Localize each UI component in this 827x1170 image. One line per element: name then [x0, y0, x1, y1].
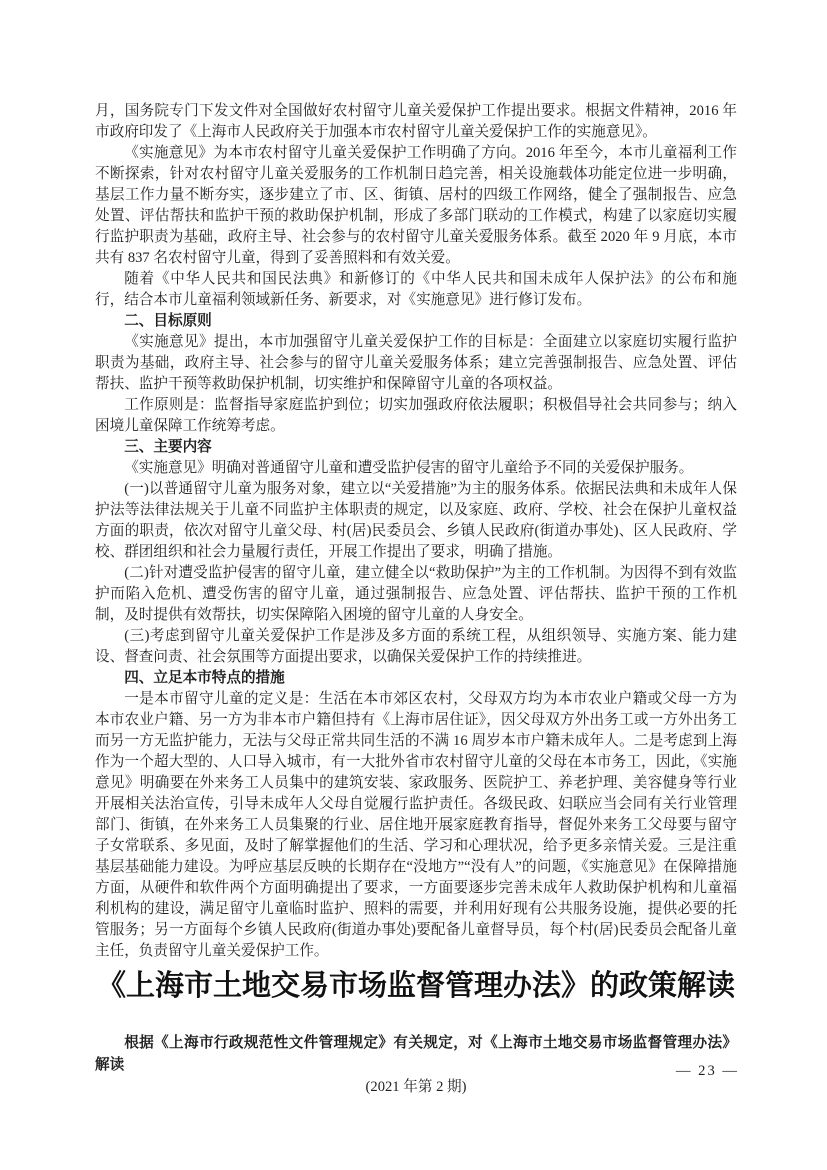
article-body: 月，国务院专门下发文件对全国做好农村留守儿童关爱保护工作提出要求。根据文件精神，…	[95, 101, 737, 962]
body-paragraph: (一)以普通留守儿童为服务对象，建立以“关爱措施”为主的服务体系。依据民法典和未…	[95, 479, 737, 563]
next-article-intro: 根据《上海市行政规范性文件管理规定》有关规定，对《上海市土地交易市场监督管理办法…	[95, 1032, 737, 1076]
document-page: 月，国务院专门下发文件对全国做好农村留守儿童关爱保护工作提出要求。根据文件精神，…	[0, 0, 827, 1170]
next-article-title: 《上海市土地交易市场监督管理办法》的政策解读	[95, 966, 737, 1006]
section-heading: 三、主要内容	[95, 437, 737, 458]
body-paragraph: 随着《中华人民共和国民法典》和新修订的《中华人民共和国未成年人保护法》的公布和施…	[95, 269, 737, 311]
page-number: — 23 —	[676, 1060, 739, 1082]
body-paragraph: 一是本市留守儿童的定义是：生活在本市郊区农村，父母双方均为本市农业户籍或父母一方…	[95, 689, 737, 962]
body-paragraph: (二)针对遭受监护侵害的留守儿童，建立健全以“救助保护”为主的工作机制。为因得不…	[95, 563, 737, 626]
next-article-header: 《上海市土地交易市场监督管理办法》的政策解读 根据《上海市行政规范性文件管理规定…	[95, 966, 737, 1098]
body-paragraph: 工作原则是：监督指导家庭监护到位；切实加强政府依法履职；积极倡导社会共同参与；纳…	[95, 395, 737, 437]
issue-note: (2021 年第 2 期)	[95, 1076, 737, 1098]
body-paragraph: 《实施意见》明确对普通留守儿童和遭受监护侵害的留守儿童给予不同的关爱保护服务。	[95, 458, 737, 479]
body-paragraph: 《实施意见》为本市农村留守儿童关爱保护工作明确了方向。2016 年至今，本市儿童…	[95, 143, 737, 269]
body-paragraph: (三)考虑到留守儿童关爱保护工作是涉及多方面的系统工程，从组织领导、实施方案、能…	[95, 626, 737, 668]
body-paragraph: 《实施意见》提出，本市加强留守儿童关爱保护工作的目标是：全面建立以家庭切实履行监…	[95, 332, 737, 395]
section-heading: 四、立足本市特点的措施	[95, 668, 737, 689]
section-heading: 二、目标原则	[95, 311, 737, 332]
body-paragraph: 月，国务院专门下发文件对全国做好农村留守儿童关爱保护工作提出要求。根据文件精神，…	[95, 101, 737, 143]
